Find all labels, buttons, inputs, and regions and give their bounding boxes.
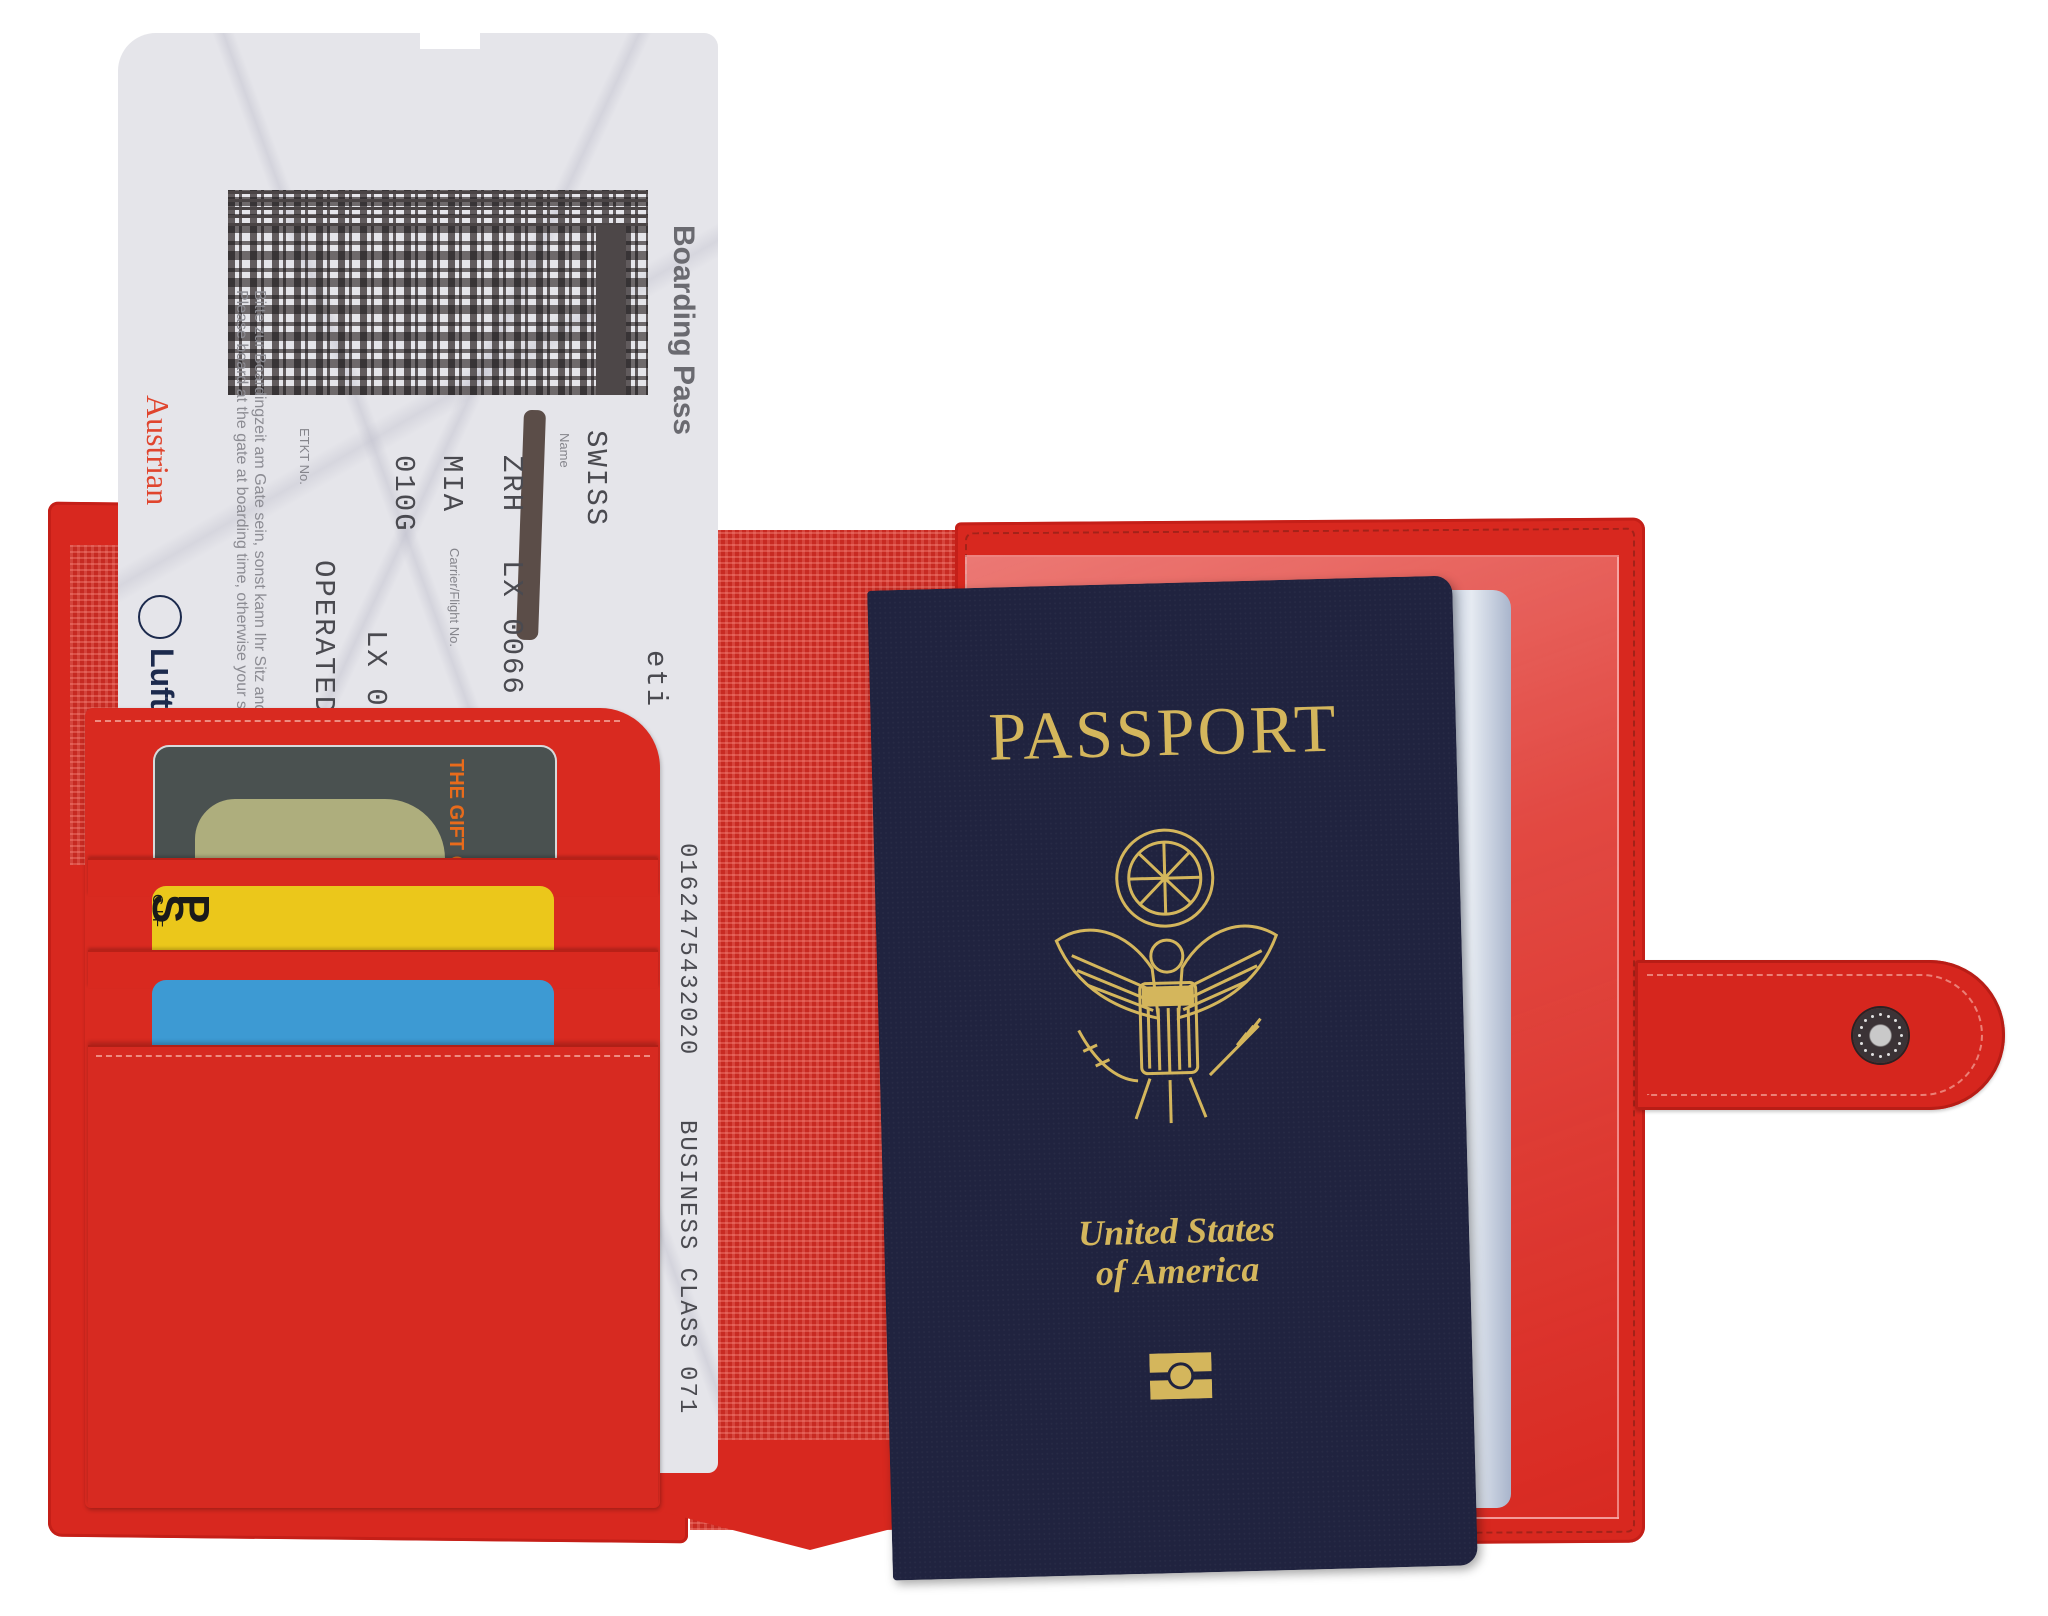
lufthansa-crane-icon (138, 595, 182, 639)
yellow-card-small-text: GIF (152, 894, 166, 931)
airline-name: SWISS (579, 430, 612, 527)
destination-airport: MIA (435, 455, 468, 513)
pocket-front-stitching (96, 1055, 650, 1057)
codeshare-flight: LX 0 (359, 630, 392, 708)
pocket-stitching (95, 720, 620, 722)
snap-button-icon[interactable] (1853, 1008, 1908, 1063)
snap-rivet-dot (1887, 1053, 1890, 1056)
name-label: Name (557, 433, 572, 468)
snap-rivet-dot (1898, 1042, 1901, 1045)
ticket-number: 0162475432020 (673, 843, 700, 1056)
snap-rivet-dot (1894, 1049, 1897, 1052)
etkt-label: ETKT No. (297, 428, 312, 485)
e-passport-chip-icon (1149, 1352, 1212, 1400)
us-passport[interactable]: PASSPORT United States of America (867, 576, 1478, 1581)
closure-strap[interactable] (1635, 960, 2005, 1110)
boarding-pass-notch (420, 33, 480, 49)
austrian-logo: Austrian (139, 395, 176, 505)
etix-label: eti (639, 650, 672, 708)
card-graphic (195, 799, 445, 862)
snap-rivet-dot (1887, 1015, 1890, 1018)
seat-number: 010G (387, 455, 420, 533)
boarding-pass-heading: Boarding Pass (666, 225, 700, 435)
snap-rivet-dot (1858, 1034, 1861, 1037)
barcode-guard-lines (228, 190, 648, 226)
notice-german: Bitte zur Boardingzeit am Gate sein, son… (250, 290, 268, 736)
origin-airport: ZRH (495, 455, 528, 513)
card-pocket-front (88, 1045, 658, 1507)
snap-rivet-dot (1864, 1019, 1867, 1022)
passport-title: PASSPORT (870, 685, 1457, 779)
flight-number: LX 0066 (495, 560, 528, 696)
snap-rivet-dot (1894, 1019, 1897, 1022)
snap-rivet-dot (1871, 1053, 1874, 1056)
gift-card-label: THE GIFT C (444, 759, 467, 862)
snap-rivet-dot (1860, 1026, 1863, 1029)
great-seal-eagle-icon (1013, 814, 1321, 1142)
passport-country: United States of America (884, 1203, 1471, 1298)
snap-rivet-dot (1898, 1026, 1901, 1029)
snap-rivet-dot (1864, 1049, 1867, 1052)
gift-card-yellow[interactable]: P S GIF (152, 886, 554, 954)
snap-rivet-dot (1879, 1055, 1882, 1058)
notice-english: Please board at the gate at boarding tim… (232, 290, 250, 766)
travel-class: BUSINESS CLASS 071 (673, 1120, 700, 1415)
barcode-finder-bar (596, 225, 626, 395)
snap-rivet-dot (1879, 1013, 1882, 1016)
lufthansa-logo: Luft (143, 648, 180, 708)
carrier-flight-label: Carrier/Flight No. (447, 548, 462, 647)
snap-rivet-dot (1900, 1034, 1903, 1037)
gift-card-gray[interactable]: THE GIFT C (155, 747, 555, 862)
card-blue[interactable] (152, 980, 554, 1052)
strap-stitching (1647, 974, 1983, 1096)
operated-by: OPERATED (307, 560, 340, 715)
snap-rivet-dot (1860, 1042, 1863, 1045)
snap-rivet-dot (1871, 1015, 1874, 1018)
